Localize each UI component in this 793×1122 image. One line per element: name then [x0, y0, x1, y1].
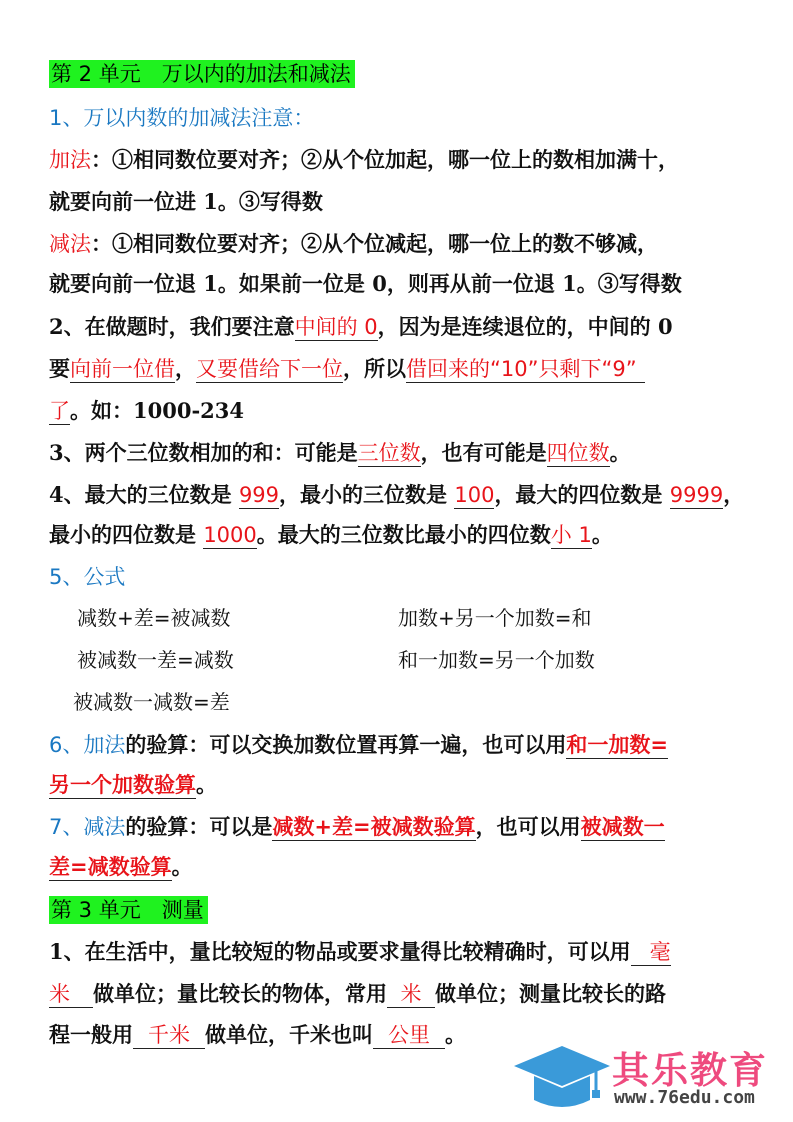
subtraction-rule-text-cont: 就要向前一位退 1。如果前一位是 0，则再从前一位退 1。③写得数: [49, 271, 682, 296]
answer-subtraction-check-1: 减数+差=被减数验算: [272, 815, 475, 841]
unit-3-line-2: 米做单位；量比较长的物体，常用米做单位；测量比较长的路: [49, 980, 666, 1008]
formula-2: 加数+另一个加数=和: [398, 604, 592, 632]
section-6-line-1: 6、加法的验算：可以交换加数位置再算一遍，也可以用和一加数=: [49, 731, 668, 759]
section-2-line-2: 要向前一位借，又要借给下一位，所以借回来的“10”只剩下“9”: [49, 355, 645, 383]
section-2-text: ，因为是连续退位的，中间的 0: [378, 314, 673, 339]
unit-2-title: 第 2 单元 万以内的加法和减法: [49, 60, 355, 88]
section-7-label: 减法: [83, 815, 125, 839]
answer-le: 了: [49, 399, 70, 425]
addition-rule-text: ：①相同数位要对齐；②从个位加起，哪一位上的数相加满十，: [91, 147, 679, 172]
answer-9999: 9999: [670, 483, 723, 509]
section-7-line-2: 差=减数验算。: [49, 853, 193, 881]
answer-borrow-front: 向前一位借: [70, 357, 175, 383]
section-3-text: 。: [610, 440, 631, 465]
answer-subtraction-check-2: 被减数一: [581, 815, 665, 841]
answer-ten-becomes-nine: 借回来的“10”只剩下“9”: [406, 357, 645, 383]
addition-label: 加法: [49, 148, 91, 172]
graduation-cap-icon: [512, 1040, 612, 1120]
section-6-label: 加法: [83, 733, 125, 757]
section-5-title-line: 5、公式: [49, 563, 125, 591]
answer-meter: 米: [387, 981, 435, 1008]
section-4-line-1: 4、最大的三位数是 999，最小的三位数是 100，最大的四位数是 9999，: [49, 481, 744, 509]
section-3-text: ，也有可能是: [421, 440, 547, 465]
addition-note-line-2: 就要向前一位进 1。③写得数: [49, 188, 323, 216]
answer-middle-zero: 中间的 0: [295, 315, 378, 341]
section-2-example: 。如：1000-234: [70, 398, 244, 423]
section-4-text: 。: [592, 522, 613, 547]
section-3-line: 3、两个三位数相加的和：可能是三位数，也有可能是四位数。: [49, 439, 631, 467]
addition-rule-text-cont: 就要向前一位进 1。③写得数: [49, 189, 323, 214]
watermark-url: www.76edu.com: [614, 1087, 755, 1108]
answer-millimeter-2: 米: [49, 981, 93, 1008]
unit-3-text: 1、在生活中，量比较短的物品或要求量得比较精确时，可以用: [49, 939, 631, 964]
section-4-text: 4、最大的三位数是: [49, 482, 239, 507]
answer-subtraction-check-2-cont: 差=减数验算: [49, 855, 172, 881]
section-2-text: 2、在做题时，我们要注意: [49, 314, 295, 339]
section-7-text: 的验算：可以是: [125, 814, 272, 839]
addition-note-line-1: 加法：①相同数位要对齐；②从个位加起，哪一位上的数相加满十，: [49, 146, 679, 174]
answer-1000: 1000: [203, 523, 256, 549]
answer-lend-next: 又要借给下一位: [196, 357, 343, 383]
section-2-text: ，所以: [343, 356, 406, 381]
answer-100: 100: [454, 483, 494, 509]
formula-4: 和一加数=另一个加数: [398, 646, 595, 674]
unit-3-title: 第 3 单元 测量: [49, 896, 208, 924]
unit-3-line-1: 1、在生活中，量比较短的物品或要求量得比较精确时，可以用毫: [49, 938, 671, 966]
section-4-text: 最小的四位数是: [49, 522, 203, 547]
section-4-text: ，最小的三位数是: [279, 482, 454, 507]
watermark-logo: 其乐教育 www.76edu.com: [512, 1040, 792, 1120]
unit-3-text: 做单位，千米也叫: [205, 1022, 373, 1047]
formula-1: 减数+差=被减数: [77, 604, 231, 632]
unit-3-line-3: 程一般用千米做单位，千米也叫公里。: [49, 1021, 466, 1049]
answer-gongli: 公里: [373, 1022, 445, 1049]
section-2-line-1: 2、在做题时，我们要注意中间的 0，因为是连续退位的，中间的 0: [49, 313, 673, 341]
answer-addition-check: 和一加数=: [566, 733, 668, 759]
answer-addition-check-cont: 另一个加数验算: [49, 773, 196, 799]
answer-four-digit: 四位数: [547, 441, 610, 467]
section-7-number: 7、: [49, 815, 83, 839]
subtraction-rule-text: ：①相同数位要对齐；②从个位减起，哪一位上的数不够减，: [91, 231, 658, 256]
section-1-title-line: 1、万以内数的加减法注意：: [49, 104, 314, 132]
answer-three-digit: 三位数: [358, 441, 421, 467]
unit-3-text: 。: [445, 1022, 466, 1047]
section-7-line-1: 7、减法的验算：可以是减数+差=被减数验算，也可以用被减数一: [49, 813, 665, 841]
section-5-title: 5、公式: [49, 565, 125, 589]
section-4-text: 。最大的三位数比最小的四位数: [257, 522, 551, 547]
section-6-line-2: 另一个加数验算。: [49, 771, 217, 799]
subtraction-note-line-1: 减法：①相同数位要对齐；②从个位减起，哪一位上的数不够减，: [49, 230, 658, 258]
section-4-text: ，最大的四位数是: [494, 482, 669, 507]
unit-2-heading: 第 2 单元 万以内的加法和减法: [49, 60, 355, 88]
section-6-number: 6、: [49, 733, 83, 757]
subtraction-label: 减法: [49, 232, 91, 256]
formula-5: 被减数一减数=差: [73, 688, 230, 716]
section-7-text: ，也可以用: [476, 814, 581, 839]
answer-kilometer: 千米: [133, 1022, 205, 1049]
unit-3-text: 做单位；测量比较长的路: [435, 981, 666, 1006]
section-6-text: 的验算：可以交换加数位置再算一遍，也可以用: [125, 732, 566, 757]
section-2-text: ，: [175, 356, 196, 381]
unit-3-text: 程一般用: [49, 1022, 133, 1047]
formula-3: 被减数一差=减数: [77, 646, 234, 674]
section-2-line-3: 了。如：1000-234: [49, 397, 244, 425]
answer-less-one: 小 1: [551, 523, 592, 549]
section-2-text: 要: [49, 356, 70, 381]
watermark-name: 其乐教育: [612, 1040, 768, 1094]
answer-999: 999: [239, 483, 279, 509]
unit-3-heading: 第 3 单元 测量: [49, 896, 208, 924]
section-4-text: ，: [723, 482, 744, 507]
subtraction-note-line-2: 就要向前一位退 1。如果前一位是 0，则再从前一位退 1。③写得数: [49, 270, 682, 298]
section-6-text: 。: [196, 772, 217, 797]
section-7-text: 。: [172, 854, 193, 879]
answer-millimeter-1: 毫: [631, 939, 671, 966]
section-4-line-2: 最小的四位数是 1000。最大的三位数比最小的四位数小 1。: [49, 521, 613, 549]
section-3-text: 3、两个三位数相加的和：可能是: [49, 440, 358, 465]
unit-3-text: 做单位；量比较长的物体，常用: [93, 981, 387, 1006]
section-1-title: 1、万以内数的加减法注意：: [49, 106, 314, 130]
